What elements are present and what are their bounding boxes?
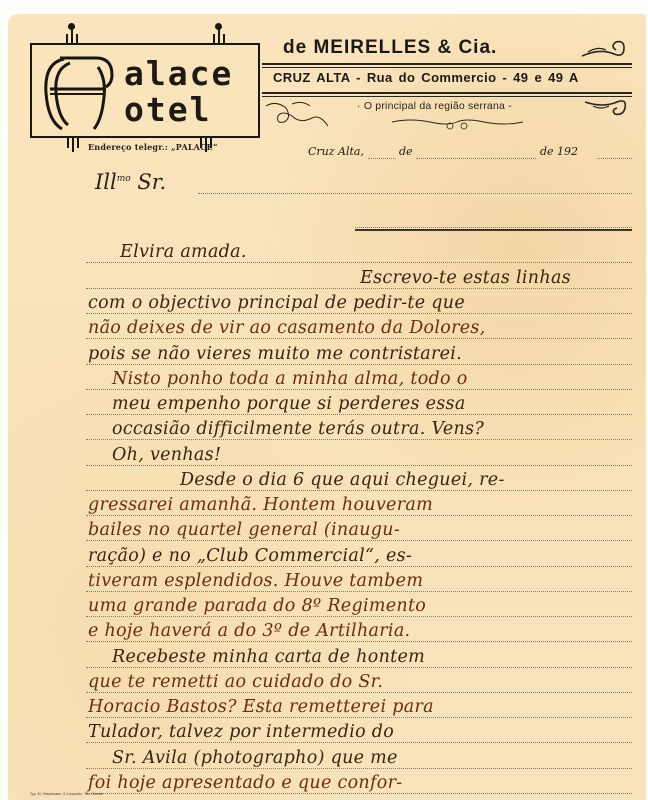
flourish-right-icon — [583, 96, 629, 120]
handwritten-line: Elvira amada. — [120, 242, 247, 262]
date-de-label: de — [399, 145, 413, 158]
logo-pin-right — [218, 29, 220, 43]
ruled-line — [86, 616, 632, 617]
handwritten-line: foi hoje apresentado e que confor- — [88, 773, 402, 793]
handwritten-line: Tulador, talvez por intermedio do — [88, 722, 394, 742]
ruled-line — [86, 793, 632, 794]
logo-foot-tick — [77, 138, 79, 148]
handwritten-line: bailes no quartel general (inaugu- — [88, 520, 400, 540]
date-year-field[interactable] — [597, 158, 632, 159]
handwritten-line: Oh, venhas! — [112, 445, 221, 465]
logo-pin-left — [71, 29, 73, 43]
logo-pin-left-tick — [66, 34, 68, 43]
salutation-sup: mo — [117, 174, 131, 184]
handwritten-line: Escrevo-te estas linhas — [360, 268, 571, 288]
ruled-line — [86, 338, 632, 339]
handwritten-line: Nisto ponho toda a minha alma, todo o — [112, 369, 468, 389]
handwritten-line: Desde o dia 6 que aqui cheguei, re- — [180, 470, 505, 490]
handwritten-line: não deixes de vir ao casamento da Dolore… — [88, 318, 486, 338]
address-rule — [355, 229, 632, 231]
recipient-field-2 — [355, 227, 632, 228]
header-rule-2b — [262, 96, 632, 97]
ruled-line — [86, 262, 632, 263]
ruled-line — [86, 641, 632, 642]
ruled-line — [86, 389, 632, 390]
handwritten-line: gressarei amanhã. Hontem houveram — [88, 495, 433, 515]
ruled-line — [86, 313, 632, 314]
handwritten-line: occasião difficilmente terás outra. Vens… — [112, 419, 484, 439]
ornate-h-logo-icon — [42, 53, 116, 131]
ruled-line — [86, 692, 632, 693]
logo-pin-right-tick — [213, 34, 215, 43]
logo-foot-tick — [72, 138, 74, 152]
header-rule-1 — [262, 63, 632, 65]
logo-frame: alace otel — [30, 43, 260, 138]
header-rule-2 — [262, 92, 632, 94]
date-year-label: de 192 — [540, 145, 578, 158]
handwritten-line: tiveram esplendidos. Houve tambem — [88, 571, 423, 591]
handwritten-line: com o objectivo principal de pedir-te qu… — [88, 293, 465, 313]
company-address: CRUZ ALTA - Rua do Commercio - 49 e 49 A — [273, 70, 579, 85]
ruled-line — [86, 742, 632, 743]
ruled-line — [86, 288, 632, 289]
logo-word-otel: otel — [124, 93, 211, 126]
logo-pin-right-tick2 — [223, 34, 225, 43]
place-label: Cruz Alta, — [308, 145, 364, 158]
handwritten-line: uma grande parada do 8º Regimento — [88, 596, 426, 616]
ruled-line — [86, 768, 632, 769]
ruled-line — [86, 414, 632, 415]
ruled-line — [86, 667, 632, 668]
printer-imprint: Typ. M. Hirschmann, S. Leopoldo · Rio Gr… — [30, 792, 103, 796]
ruled-line — [86, 566, 632, 567]
handwritten-line: Recebeste minha carta de hontem — [112, 647, 425, 667]
ruled-line — [86, 591, 632, 592]
handwritten-line: pois se não vieres muito me contristarei… — [88, 344, 462, 364]
date-day-field[interactable] — [368, 158, 396, 159]
ruled-line — [86, 540, 632, 541]
ruled-line — [86, 364, 632, 365]
handwritten-line: e hoje haverá a do 3º de Artilharia. — [88, 621, 410, 641]
company-tagline: · O principal da região serrana - — [357, 100, 512, 112]
handwritten-line: Sr. Avila (photographo) que me — [112, 748, 398, 768]
handwritten-line: ração) e no „Club Commercial“, es- — [88, 546, 412, 566]
salutation-tail: Sr. — [131, 170, 166, 194]
salutation-main: Ill — [95, 170, 117, 194]
recipient-field[interactable] — [198, 193, 632, 194]
flourish-center-icon — [390, 116, 525, 130]
ruled-line — [86, 465, 632, 466]
logo-pin-left-tick2 — [76, 34, 78, 43]
handwritten-line: meu empenho porque si perderes essa — [112, 394, 466, 414]
logo-foot-tick — [67, 138, 69, 148]
company-name: de MEIRELLES & Cia. — [283, 37, 497, 59]
ruled-line — [86, 490, 632, 491]
flourish-left-icon — [262, 98, 332, 132]
flourish-top-right-icon — [580, 38, 628, 62]
logo-word-alace: alace — [124, 57, 233, 90]
date-month-field[interactable] — [416, 158, 536, 159]
handwritten-line: que te remetti ao cuidado do Sr. — [88, 672, 383, 692]
salutation-printed: Illmo Sr. — [95, 170, 166, 194]
ruled-line — [86, 439, 632, 440]
telegraph-address: Endereço telegr.: „PALACE“ — [88, 142, 218, 152]
handwritten-line: Horacio Bastos? Esta remetterei para — [88, 697, 434, 717]
header-rule-1b — [262, 67, 632, 68]
ruled-line — [86, 515, 632, 516]
ruled-line — [86, 717, 632, 718]
